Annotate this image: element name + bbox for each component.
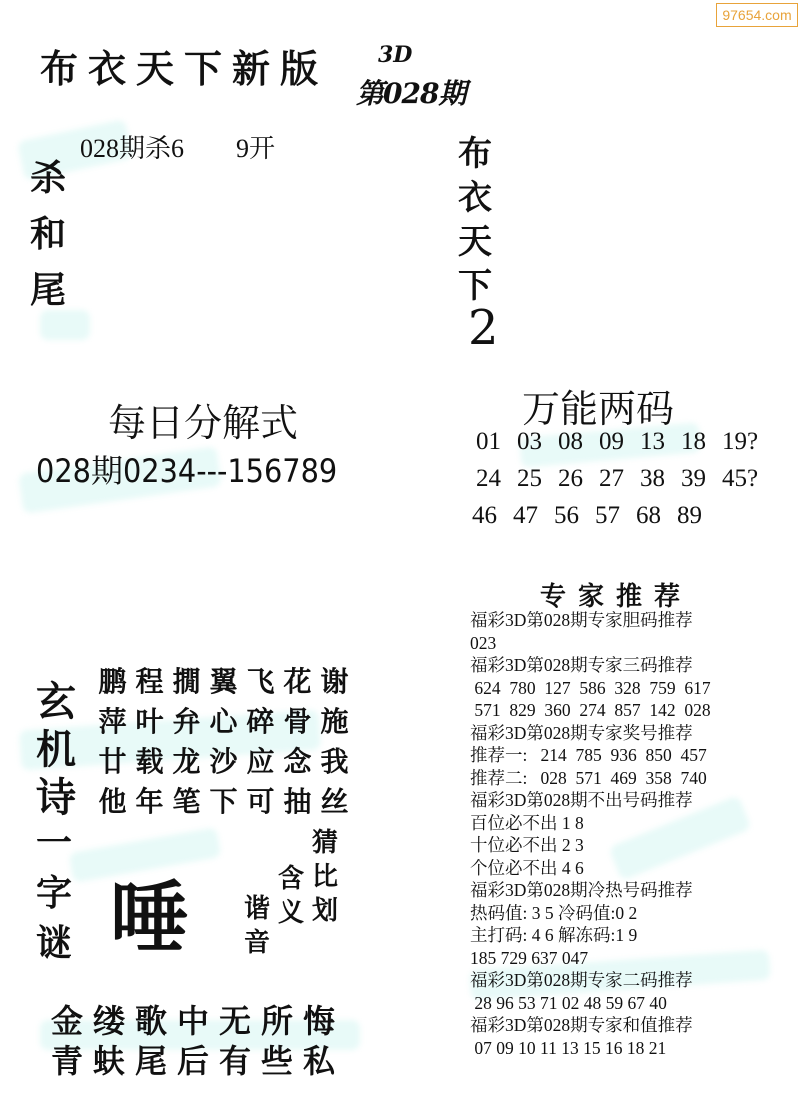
expert-value: 推荐一: 214 785 936 850 457: [470, 744, 711, 767]
poem-char: 所: [256, 996, 298, 1036]
expert-value: 主打码: 4 6 解冻码:1 9: [470, 924, 711, 947]
poem-char: 丝: [316, 780, 353, 820]
riddle-side-label: 一 字 谜: [36, 818, 72, 968]
poem-char: 飞: [242, 660, 279, 700]
poem-char: 念: [279, 740, 316, 780]
hint-char: 谐: [244, 892, 270, 926]
code: 57: [595, 502, 636, 539]
poem-row: 他 年 笔 下 可 抽 丝: [94, 780, 353, 820]
label-char: 诗: [36, 774, 76, 822]
kill-line-left: 028期杀6: [80, 134, 184, 163]
expert-value: 571 829 360 274 857 142 028: [470, 699, 711, 722]
poem-char: 萍: [94, 700, 131, 740]
code: 38: [640, 465, 681, 502]
hint-char: 比: [312, 860, 338, 894]
kill-line-right: 9开: [236, 134, 275, 163]
expert-value: 个位必不出 4 6: [470, 857, 711, 880]
kill-line: 028期杀69开: [80, 128, 275, 165]
code: 26: [558, 465, 599, 502]
code: 45?: [722, 465, 763, 502]
poem-char: 弁: [168, 700, 205, 740]
expert-list: 福彩3D第028期专家胆码推荐 023 福彩3D第028期专家三码推荐 624 …: [470, 609, 711, 1059]
code: 46: [472, 502, 513, 539]
code: 24: [476, 465, 517, 502]
code: 09: [599, 428, 640, 465]
label-char: 一: [36, 818, 72, 868]
two-codes-row: 01 03 08 09 13 18 19?: [476, 428, 763, 465]
poem-char: 缕: [88, 996, 130, 1036]
label-char: 字: [36, 868, 72, 918]
poem-char: 鹏: [94, 660, 131, 700]
kill-vertical-label: 杀 和 尾: [30, 150, 66, 318]
expert-value: 推荐二: 028 571 469 358 740: [470, 767, 711, 790]
bottom-poem: 金 缕 歌 中 无 所 悔 青 蚨 尾 后 有 些 私: [46, 996, 340, 1076]
poem-char: 尾: [130, 1036, 172, 1076]
hint-char: 划: [312, 894, 338, 928]
poem-char: 可: [242, 780, 279, 820]
hint-char: 猜: [312, 826, 338, 860]
code: 18: [681, 428, 722, 465]
poem-char: 施: [316, 700, 353, 740]
code: 25: [517, 465, 558, 502]
expert-heading: 福彩3D第028期冷热号码推荐: [470, 879, 711, 902]
poem-char: 歌: [130, 996, 172, 1036]
poem-char: 花: [279, 660, 316, 700]
label-char: 玄: [36, 678, 76, 726]
issue-label: 第028期: [356, 72, 465, 112]
poem-char: 应: [242, 740, 279, 780]
label-char: 尾: [30, 262, 66, 318]
label-char: 天: [458, 220, 492, 264]
poem-grid: 鹏 程 撊 翼 飞 花 谢 萍 叶 弁 心 碎 骨 施 廿 载 龙 沙 应 念 …: [94, 660, 353, 820]
poem-char: 程: [131, 660, 168, 700]
buyi-vertical-label: 布 衣 天 下: [458, 132, 492, 308]
code: 39: [681, 465, 722, 502]
poem-char: 有: [214, 1036, 256, 1076]
riddle-character: 唾: [110, 856, 188, 968]
code: 56: [554, 502, 595, 539]
label-char: 机: [36, 726, 76, 774]
poem-row: 廿 载 龙 沙 应 念 我: [94, 740, 353, 780]
hint-char: 音: [244, 926, 270, 960]
poem-char: 笔: [168, 780, 205, 820]
bottom-poem-row: 青 蚨 尾 后 有 些 私: [46, 1036, 340, 1076]
code: 68: [636, 502, 677, 539]
poem-char: 悔: [298, 996, 340, 1036]
poem-char: 金: [46, 996, 88, 1036]
label-char: 衣: [458, 176, 492, 220]
poem-char: 他: [94, 780, 131, 820]
expert-value: 热码值: 3 5 冷码值:0 2: [470, 902, 711, 925]
expert-value: 28 96 53 71 02 48 59 67 40: [470, 992, 711, 1015]
expert-value: 百位必不出 1 8: [470, 812, 711, 835]
expert-title: 专家推荐: [540, 576, 692, 613]
bottom-poem-row: 金 缕 歌 中 无 所 悔: [46, 996, 340, 1036]
poem-char: 后: [172, 1036, 214, 1076]
poem-char: 撊: [168, 660, 205, 700]
label-char: 杀: [30, 150, 66, 206]
poem-char: 翼: [205, 660, 242, 700]
label-char: 和: [30, 206, 66, 262]
code: 08: [558, 428, 599, 465]
poem-row: 鹏 程 撊 翼 飞 花 谢: [94, 660, 353, 700]
poem-char: 骨: [279, 700, 316, 740]
code: 01: [476, 428, 517, 465]
poem-char: 我: [316, 740, 353, 780]
poem-char: 碎: [242, 700, 279, 740]
expert-heading: 福彩3D第028期专家和值推荐: [470, 1014, 711, 1037]
poem-char: 谢: [316, 660, 353, 700]
page-title: 布衣天下新版: [40, 38, 328, 93]
expert-heading: 福彩3D第028期不出号码推荐: [470, 789, 711, 812]
poem-char: 载: [131, 740, 168, 780]
poem-char: 下: [205, 780, 242, 820]
poem-char: 龙: [168, 740, 205, 780]
daily-title: 每日分解式: [108, 392, 298, 447]
poem-row: 萍 叶 弁 心 碎 骨 施: [94, 700, 353, 740]
riddle-hint-col: 谐 音: [244, 892, 270, 960]
expert-value: 624 780 127 586 328 759 617: [470, 677, 711, 700]
expert-heading: 福彩3D第028期专家三码推荐: [470, 654, 711, 677]
code: 19?: [722, 428, 763, 465]
poem-char: 蚨: [88, 1036, 130, 1076]
poem-char: 心: [205, 700, 242, 740]
label-char: 谜: [36, 918, 72, 968]
poem-char: 些: [256, 1036, 298, 1076]
poem-char: 私: [298, 1036, 340, 1076]
expert-value: 十位必不出 2 3: [470, 834, 711, 857]
poem-char: 青: [46, 1036, 88, 1076]
expert-value: 185 729 637 047: [470, 947, 711, 970]
poem-char: 年: [131, 780, 168, 820]
two-codes-title: 万能两码: [522, 378, 674, 433]
code: 89: [677, 502, 718, 539]
expert-heading: 福彩3D第028期专家奖号推荐: [470, 722, 711, 745]
poem-char: 廿: [94, 740, 131, 780]
expert-heading: 福彩3D第028期专家胆码推荐: [470, 609, 711, 632]
two-codes-row: 46 47 56 57 68 89: [472, 502, 763, 539]
expert-heading: 福彩3D第028期专家二码推荐: [470, 969, 711, 992]
code: 27: [599, 465, 640, 502]
poem-char: 无: [214, 996, 256, 1036]
hint-char: 含: [278, 862, 304, 896]
riddle-hint-col: 含 义: [278, 862, 304, 930]
game-label: 3D: [378, 42, 412, 68]
poem-char: 中: [172, 996, 214, 1036]
poem-char: 叶: [131, 700, 168, 740]
buyi-number: 2: [468, 300, 499, 356]
code: 13: [640, 428, 681, 465]
site-badge[interactable]: 97654.com: [716, 3, 798, 27]
poem-char: 沙: [205, 740, 242, 780]
daily-line: 028期0234---156789: [36, 446, 337, 492]
two-codes-row: 24 25 26 27 38 39 45?: [476, 465, 763, 502]
code: 03: [517, 428, 558, 465]
label-char: 布: [458, 132, 492, 176]
poem-char: 抽: [279, 780, 316, 820]
two-codes-grid: 01 03 08 09 13 18 19? 24 25 26 27 38 39 …: [476, 428, 763, 539]
riddle-hint-col: 猜 比 划: [312, 826, 338, 928]
poem-side-label: 玄 机 诗: [36, 678, 76, 822]
expert-value: 023: [470, 632, 711, 655]
expert-value: 07 09 10 11 13 15 16 18 21: [470, 1037, 711, 1060]
code: 47: [513, 502, 554, 539]
hint-char: 义: [278, 896, 304, 930]
